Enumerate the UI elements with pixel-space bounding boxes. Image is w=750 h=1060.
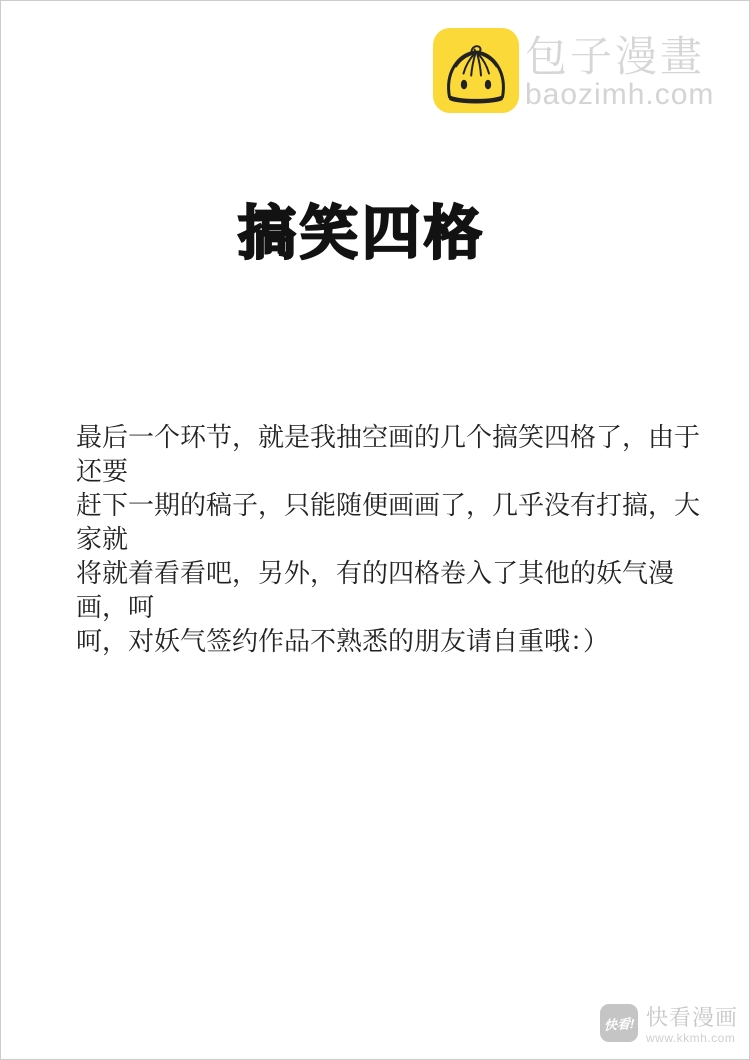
kuaikan-brand-name: 快看漫画 xyxy=(646,1005,738,1031)
kuaikan-brand-text: 快看漫画 www.kkmh.com xyxy=(646,1005,738,1045)
kuaikan-icon: 快看! xyxy=(600,1004,638,1042)
baozimh-brand-domain: baozimh.com xyxy=(525,80,714,110)
baozi-icon xyxy=(433,28,519,113)
baozimh-brand: 包子漫畫 baozimh.com xyxy=(433,28,714,113)
kuaikan-brand: 快看! 快看漫画 www.kkmh.com xyxy=(600,1004,738,1045)
author-note-paragraph: 最后一个环节，就是我抽空画的几个搞笑四格了，由于还要 赶下一期的稿子，只能随便画… xyxy=(76,420,701,658)
baozimh-brand-text: 包子漫畫 baozimh.com xyxy=(525,34,714,110)
kuaikan-brand-domain: www.kkmh.com xyxy=(646,1031,738,1045)
kuaikan-icon-label: 快看! xyxy=(603,1012,634,1033)
baozimh-brand-name: 包子漫畫 xyxy=(525,34,714,80)
page-title: 搞笑四格 xyxy=(0,201,736,267)
comic-page: 包子漫畫 baozimh.com 搞笑四格 最后一个环节，就是我抽空画的几个搞笑… xyxy=(0,0,750,1060)
